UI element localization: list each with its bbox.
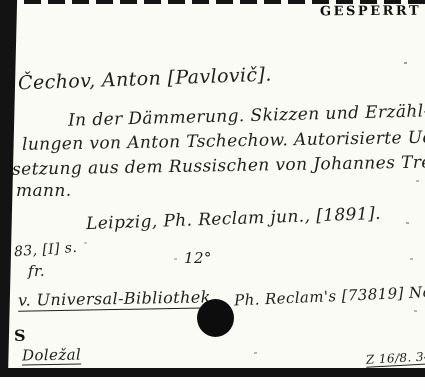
title-line-4: mann.: [16, 181, 72, 201]
title-line-2: lungen von Anton Tschechow. Autorisierte…: [22, 127, 425, 155]
series-number: Ph. Reclam's [73819] No. 2846.: [234, 280, 425, 309]
author-heading: Čechov, Anton [Pavlovič].: [18, 64, 272, 95]
title-line-3: setzung aus dem Russischen von Johannes …: [12, 152, 425, 180]
imprint-line: Leipzig, Ph. Reclam jun., [1891].: [86, 204, 381, 234]
catalog-card-scan: GESPERRT Čechov, Anton [Pavlovič]. In de…: [0, 0, 425, 390]
gesperrt-stamp: GESPERRT: [320, 4, 421, 20]
date-mark: Z 16/8. 34: [366, 349, 425, 367]
cataloguer-signature: Doležal: [22, 345, 82, 365]
title-line-1: In der Dämmerung. Skizzen und Erzähl-: [68, 101, 425, 130]
price-note: fr.: [28, 262, 45, 280]
shelf-letter: S: [14, 326, 26, 345]
scanner-background: [0, 377, 425, 390]
series-note: v. Universal-Bibliothek,: [18, 287, 217, 311]
scan-noise: [404, 62, 407, 64]
collation-note: 83, [I] s.: [14, 240, 78, 260]
hole-punch: [197, 299, 234, 337]
format-note: 12°: [184, 249, 212, 267]
